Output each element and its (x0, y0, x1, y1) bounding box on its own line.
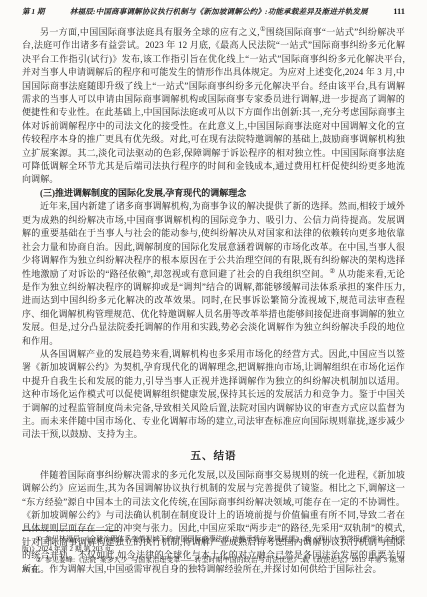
paragraph-market-oriented: 从各国调解产业的发展趋势来看,调解机构也多采用市场化的经营方式。因此,中国应当以… (22, 348, 405, 442)
footnote-1-marker: ① (36, 536, 42, 543)
paragraph-one-stop-platform: 另一方面,中国国际商事法庭具有服务全球的应有之义,①围绕国际商事“一站式”纠纷解… (22, 26, 405, 187)
issue-label: 第 1 期 (22, 7, 45, 17)
running-header: 第 1 期 林福辰:中国商事调解协议执行机制与《新加坡调解公约》:功能承载差异及… (22, 6, 405, 17)
footnote-2: ②参见姜峰:《法院“案多人少”与国家治理变革——转型时期中国的政治与司法忧思》,… (22, 556, 405, 577)
running-title: 林福辰:中国商事调解协议执行机制与《新加坡调解公约》:功能承载差异及渐进并轨发展 (45, 7, 394, 17)
subsection-heading-three: (三)推进调解制度的国际化发展,孕育现代的调解理念 (22, 187, 405, 201)
footnote-2-text: 参见姜峰:《法院“案多人少”与国家治理变革——转型时期中国的政治与司法忧思》,载… (22, 557, 405, 575)
footnote-divider (22, 530, 119, 531)
footnote-1-text: 参见林福辰:《全球治理体系变革视域下的中国国际商事法庭:功能承载与发展展望》,载… (22, 536, 405, 554)
section-heading-conclusion: 五、结语 (22, 450, 405, 464)
footnote-area: ①参见林福辰:《全球治理体系变革视域下的中国国际商事法庭:功能承载与发展展望》,… (22, 530, 405, 577)
footnote-1: ①参见林福辰:《全球治理体系变革视域下的中国国际商事法庭:功能承载与发展展望》,… (22, 535, 405, 556)
paper-page: 第 1 期 林福辰:中国商事调解协议执行机制与《新加坡调解公约》:功能承载差异及… (0, 0, 427, 597)
footnote-2-marker: ② (36, 557, 42, 564)
article-body: 另一方面,中国国际商事法庭具有服务全球的应有之义,①围绕国际商事“一站式”纠纷解… (22, 26, 405, 576)
page-number: 111 (393, 6, 405, 16)
paragraph-mediation-institutions: 近年来,国内新建了诸多商事调解机构,为商事争议的解决提供了新的选择。然而,相较于… (22, 200, 405, 347)
